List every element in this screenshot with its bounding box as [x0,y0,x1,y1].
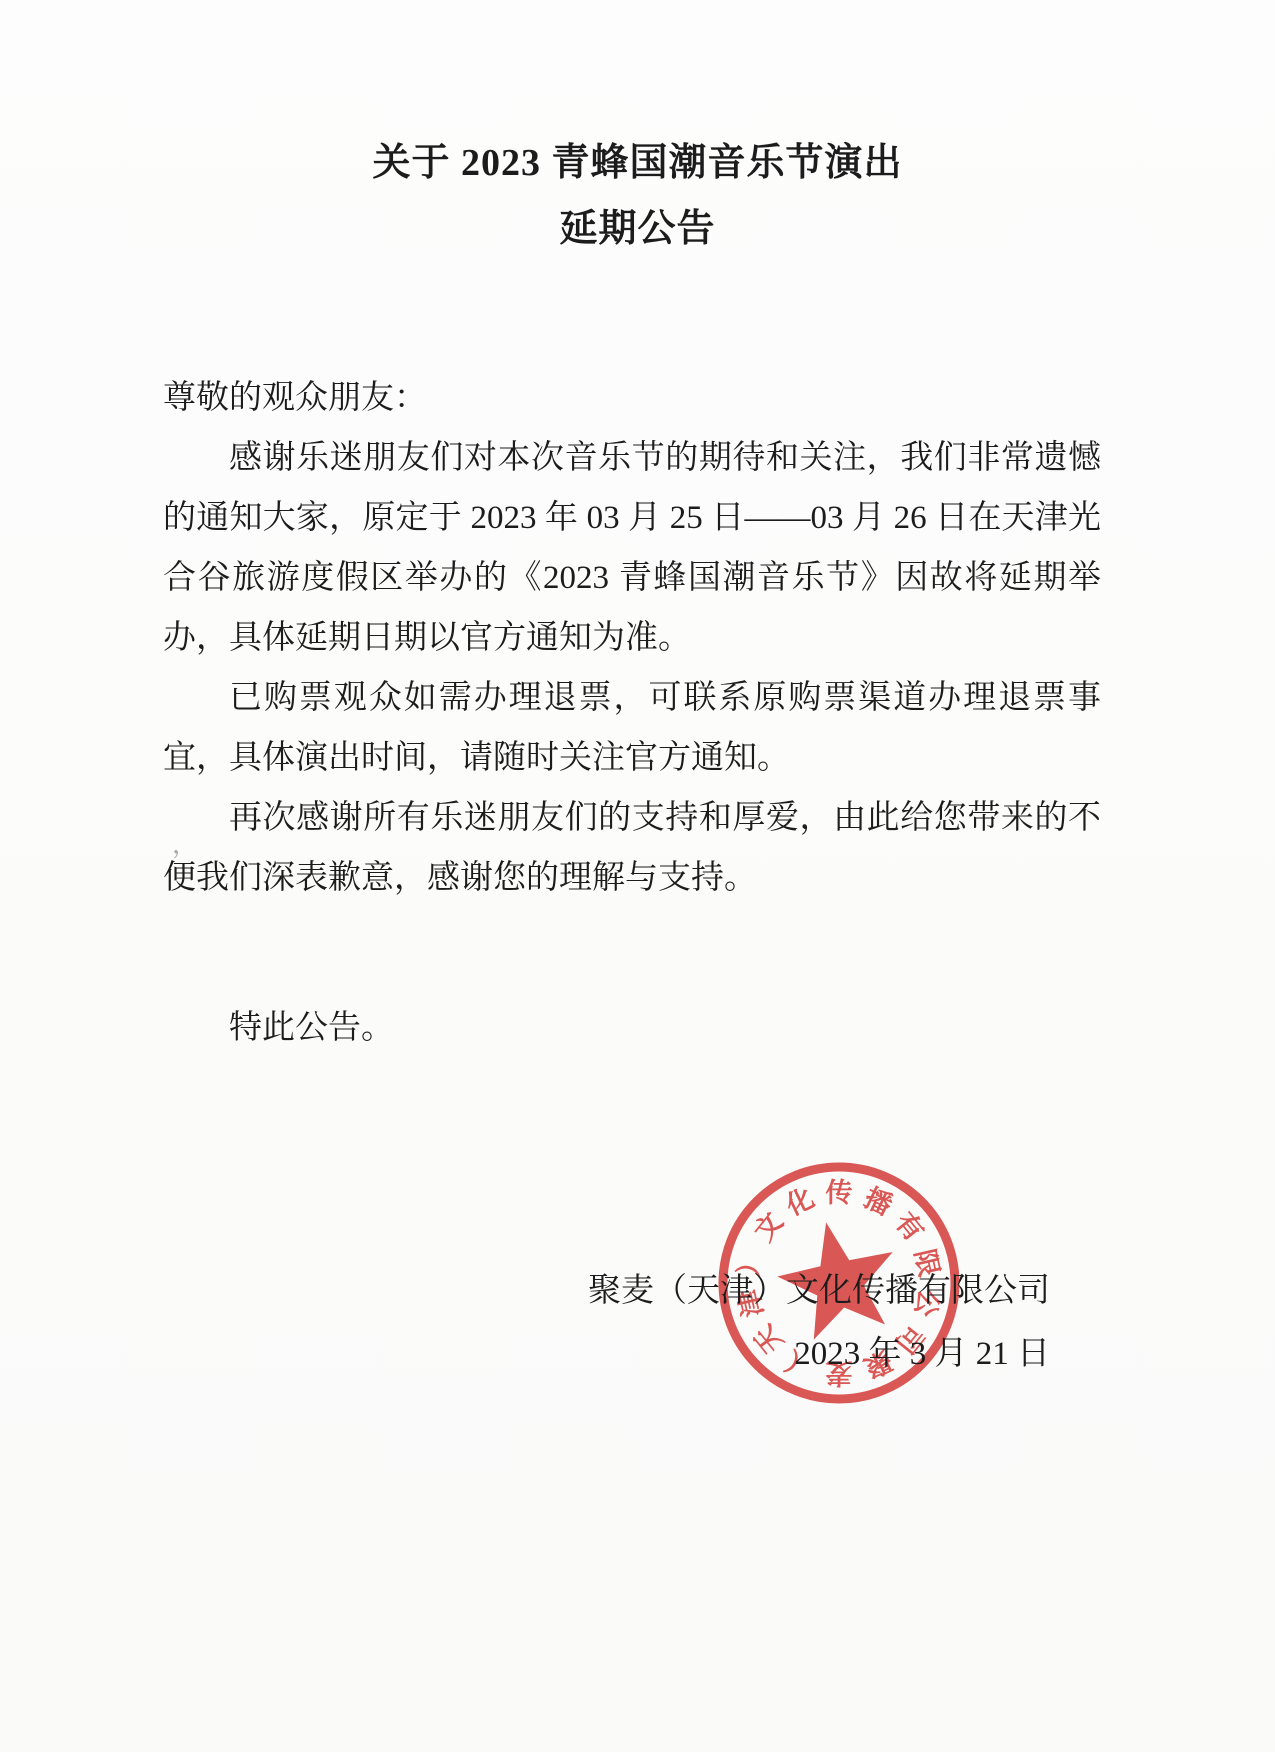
salutation: 尊敬的观众朋友： [163,368,1101,428]
svg-text:传: 传 [826,1177,853,1208]
document-body: 尊敬的观众朋友： 感谢乐迷朋友们对本次音乐节的期待和关注，我们非常遗憾的通知大家… [163,368,1101,1058]
closing-statement: 特此公告。 [163,998,1101,1058]
svg-text:化: 化 [780,1182,819,1222]
title-line-2: 延期公告 [0,196,1275,262]
paragraph-1: 感谢乐迷朋友们对本次音乐节的期待和关注，我们非常遗憾的通知大家，原定于 2023… [163,428,1101,668]
paragraph-3: 再次感谢所有乐迷朋友们的支持和厚爱，由此给您带来的不便我们深表歉意，感谢您的理解… [163,788,1101,908]
document-title: 关于 2023 青蜂国潮音乐节演出 延期公告 [0,130,1275,262]
svg-text:有: 有 [889,1207,929,1247]
signature-company: 聚麦（天津）文化传播有限公司 [588,1260,1050,1323]
signature-block: 聚麦（天津）文化传播有限公司 2023 年 3 月 21 日 [588,1260,1050,1386]
announcement-document: 关于 2023 青蜂国潮音乐节演出 延期公告 尊敬的观众朋友： 感谢乐迷朋友们对… [0,0,1275,1752]
scan-artifact-mark: ， [172,824,198,861]
paragraph-2: 已购票观众如需办理退票，可联系原购票渠道办理退票事宜，具体演出时间，请随时关注官… [163,668,1101,788]
signature-date: 2023 年 3 月 21 日 [588,1323,1050,1386]
svg-text:文: 文 [749,1207,789,1247]
svg-text:播: 播 [859,1183,896,1222]
title-line-1: 关于 2023 青蜂国潮音乐节演出 [0,130,1275,196]
